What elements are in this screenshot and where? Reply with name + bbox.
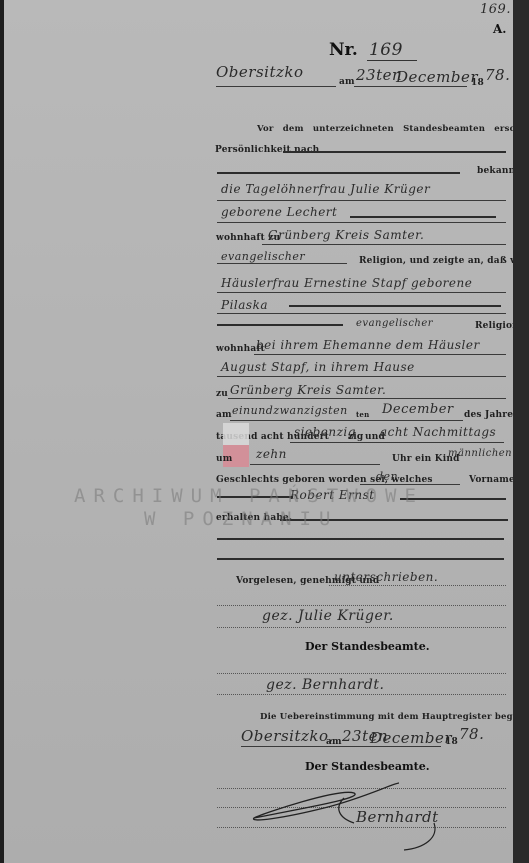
rule [230, 420, 463, 421]
mother-place-label: zu [216, 389, 228, 399]
birth-day-label: am [216, 410, 232, 420]
rule [217, 605, 506, 606]
birth-hour-value: zehn [256, 447, 287, 461]
rule [250, 464, 380, 465]
cert-year-prefix: 18 [445, 737, 458, 747]
rule [217, 694, 506, 695]
mother-name: Häuslerfrau Ernestine Stapf geborene [221, 276, 472, 290]
rule [217, 627, 506, 628]
rule [350, 216, 496, 218]
rule [217, 558, 504, 560]
entry-number-heading: Nr. 169 [329, 40, 417, 60]
cert-month: December [370, 729, 452, 747]
rule [283, 151, 506, 153]
entry-number: 169 [367, 40, 417, 61]
cert-place: Obersitzko, [241, 727, 334, 745]
year-suffix: 78. [485, 66, 510, 84]
certification-text: Die Uebereinstimmung mit dem Hauptregist… [260, 712, 529, 722]
stamp-white [223, 423, 249, 445]
year-prefix: 18 [471, 78, 484, 88]
date-prep: am [339, 77, 355, 87]
registrar-heading-2: Der Standesbeamte. [305, 760, 430, 773]
informant-maiden-name: geborene Lechert [221, 205, 337, 219]
rule [217, 376, 506, 377]
birth-day-value: einundzwanzigsten [232, 404, 348, 417]
rule [217, 538, 504, 540]
rule [217, 172, 460, 174]
cert-year-suffix: 78. [459, 725, 484, 743]
birth-year-label: des Jahres [464, 410, 518, 420]
rule [290, 442, 504, 443]
read-value: unterschrieben. [334, 570, 438, 584]
place-rule [216, 86, 336, 87]
birth-hour-label: um [216, 454, 232, 464]
rule [241, 746, 441, 747]
birth-day-suffix: ten [356, 410, 369, 419]
birth-year-tens: zig [348, 432, 363, 442]
personality-label: Persönlichkeit nach [215, 145, 319, 155]
residence-value: Grünberg Kreis Samter. [268, 228, 424, 242]
rule [217, 324, 343, 326]
rule [262, 244, 506, 245]
mother-religion-value: evangelischer [356, 318, 433, 329]
birth-time-value: acht Nachmittags [380, 425, 496, 439]
mother-place-value: Grünberg Kreis Samter. [230, 383, 386, 397]
rule [254, 354, 506, 355]
page-number: 169. [480, 2, 511, 17]
register-page: 169. A. Nr. 169 Obersitzko am 23ten Dece… [4, 0, 513, 863]
birth-month-value: December [382, 402, 454, 417]
religion-text: Religion, und zeigte an, daß von der [359, 256, 529, 266]
rule [217, 292, 506, 293]
rule [217, 673, 506, 674]
entry-label: Nr. [329, 40, 358, 60]
rule [329, 585, 506, 586]
rule [217, 200, 506, 201]
place: Obersitzko [216, 63, 304, 81]
rule [217, 313, 506, 314]
rule [289, 305, 501, 307]
archive-watermark-line1: ARCHIWUM PAŃSTWOWE [74, 485, 424, 507]
column-letter: A. [493, 22, 507, 36]
date-month: December [396, 68, 478, 86]
archive-watermark-line2: W POZNANIU [144, 508, 338, 530]
date-rule [354, 86, 467, 87]
rule [217, 222, 506, 223]
scan-right-border [513, 0, 529, 863]
rule [217, 263, 347, 264]
signature-informant: gez. Julie Krüger. [262, 608, 394, 624]
intro-text: Vor dem unterzeichneten Standesbeamten e… [257, 124, 529, 134]
final-signature: Bernhardt [356, 808, 439, 826]
child-sex-value: männlichen [448, 448, 512, 459]
given-names-article: den [376, 470, 398, 483]
registrar-heading: Der Standesbeamte. [305, 640, 430, 653]
birth-year-value: siebenzig [294, 425, 356, 439]
informant-name: die Tagelöhnerfrau Julie Krüger [221, 182, 430, 196]
mother-residence-line1: bei ihrem Ehemanne dem Häusler [256, 338, 480, 352]
religion-value: evangelischer [221, 250, 305, 263]
rule [228, 398, 506, 399]
signature-registrar: gez. Bernhardt. [266, 677, 384, 693]
mother-maiden-name: Pilaska [221, 298, 268, 312]
mother-residence-line2: August Stapf, in ihrem Hause [221, 360, 415, 374]
